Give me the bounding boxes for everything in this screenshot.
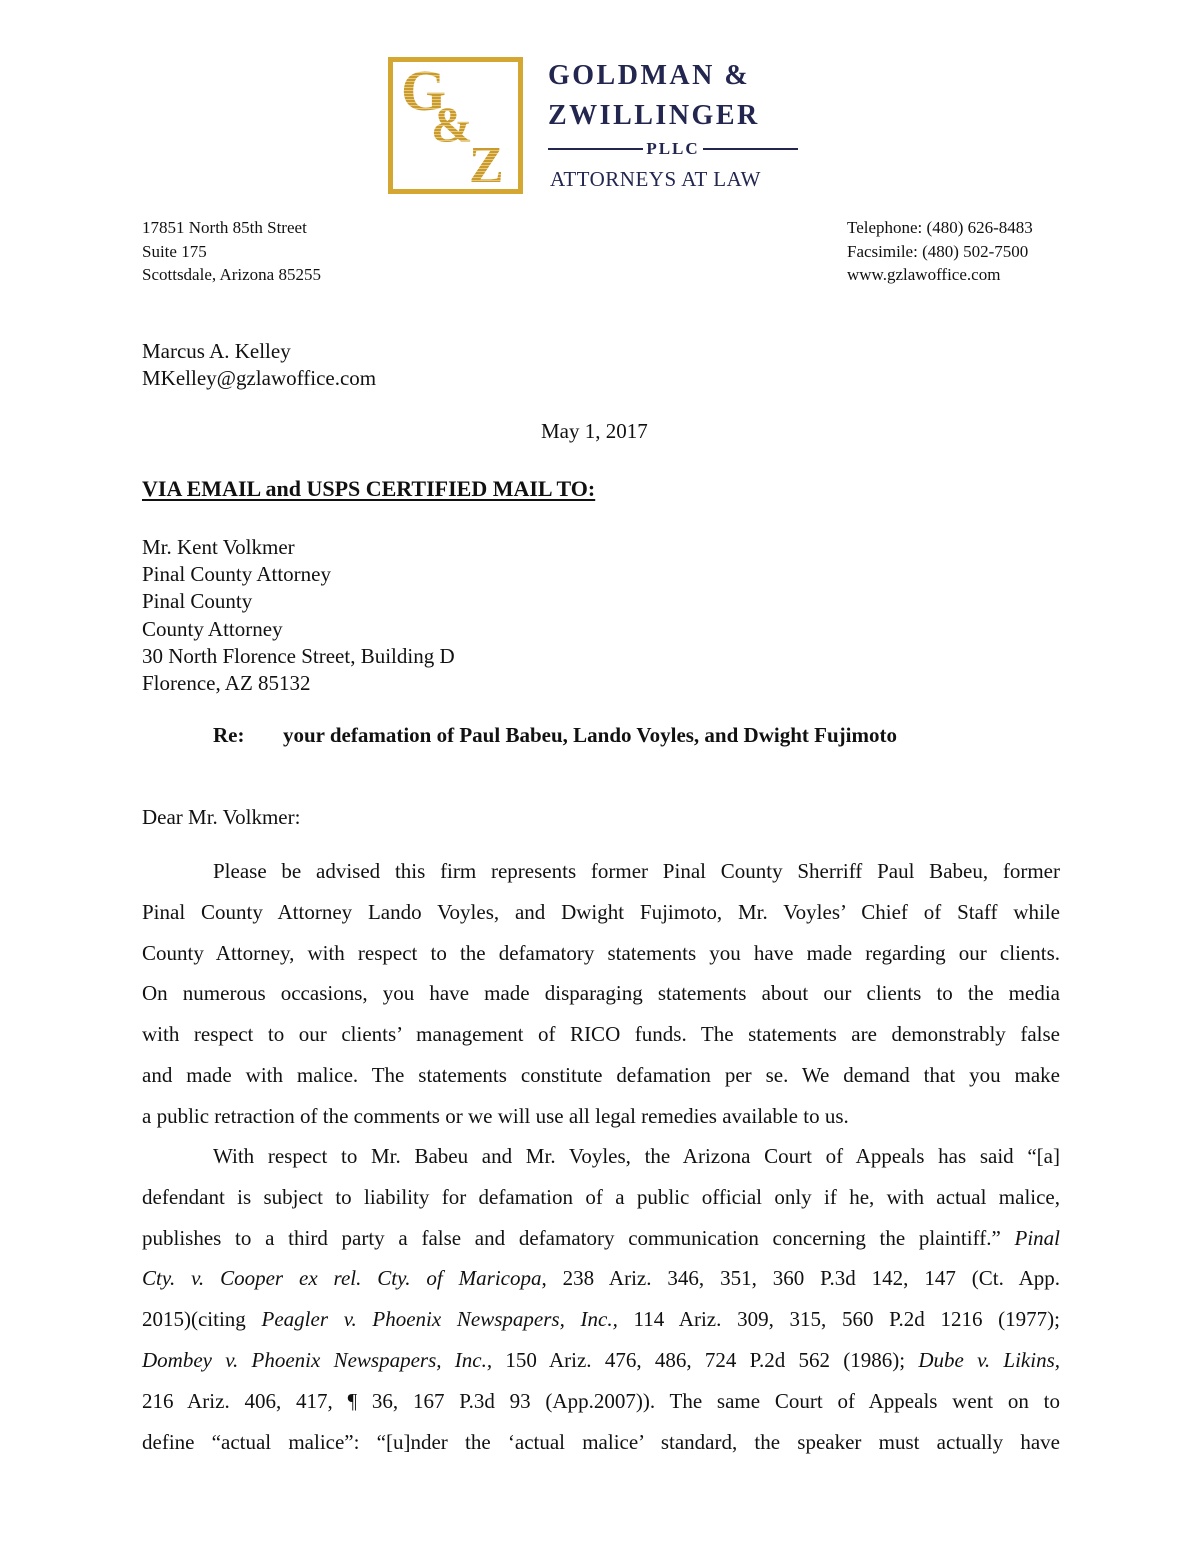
recipient-county: Pinal County xyxy=(142,588,455,615)
recipient-street: 30 North Florence Street, Building D xyxy=(142,643,455,670)
firm-street: 17851 North 85th Street xyxy=(142,216,321,240)
subject-label: Re: xyxy=(213,723,283,748)
letter-date: May 1, 2017 xyxy=(541,419,648,444)
paragraph-line: 216 Ariz. 406, 417, ¶ 36, 167 P.3d 93 (A… xyxy=(142,1381,1060,1422)
divider xyxy=(703,148,798,150)
divider xyxy=(548,148,643,150)
salutation: Dear Mr. Volkmer: xyxy=(142,805,300,830)
case-citation: Pinal xyxy=(1015,1226,1061,1250)
firm-tagline: ATTORNEYS AT LAW xyxy=(550,167,761,192)
paragraph-line: Cty. v. Cooper ex rel. Cty. of Maricopa,… xyxy=(142,1258,1060,1299)
subject-line: Re:your defamation of Paul Babeu, Lando … xyxy=(213,723,897,748)
paragraph-line: County Attorney, with respect to the def… xyxy=(142,933,1060,974)
recipient-title: Pinal County Attorney xyxy=(142,561,455,588)
firm-telephone: Telephone: (480) 626-8483 xyxy=(847,216,1033,240)
sender-name: Marcus A. Kelley xyxy=(142,338,376,365)
paragraph-line: and made with malice. The statements con… xyxy=(142,1055,1060,1096)
recipient-name: Mr. Kent Volkmer xyxy=(142,534,455,561)
paragraph-line: Pinal County Attorney Lando Voyles, and … xyxy=(142,892,1060,933)
case-citation: Cty. v. Cooper ex rel. Cty. of Maricopa xyxy=(142,1266,542,1290)
firm-entity-row: PLLC xyxy=(548,138,798,160)
firm-suite: Suite 175 xyxy=(142,240,321,264)
firm-website: www.gzlawoffice.com xyxy=(847,263,1033,287)
recipient-block: Mr. Kent Volkmer Pinal County Attorney P… xyxy=(142,534,455,697)
paragraph-line: With respect to Mr. Babeu and Mr. Voyles… xyxy=(142,1136,1060,1177)
subject-text: your defamation of Paul Babeu, Lando Voy… xyxy=(283,723,897,747)
firm-address: 17851 North 85th Street Suite 175 Scotts… xyxy=(142,216,321,287)
firm-name-line1: GOLDMAN & xyxy=(548,60,750,92)
sender-email: MKelley@gzlawoffice.com xyxy=(142,365,376,392)
firm-contact: Telephone: (480) 626-8483 Facsimile: (48… xyxy=(847,216,1033,287)
paragraph-line: On numerous occasions, you have made dis… xyxy=(142,973,1060,1014)
firm-entity-type: PLLC xyxy=(643,139,702,159)
paragraph-line: publishes to a third party a false and d… xyxy=(142,1218,1060,1259)
citation-text: 2015)(citing xyxy=(142,1307,262,1331)
paragraph-line: define “actual malice”: “[u]nder the ‘ac… xyxy=(142,1422,1060,1463)
paragraph-line: Dombey v. Phoenix Newspapers, Inc., 150 … xyxy=(142,1340,1060,1381)
logo-letter-z: Z xyxy=(469,140,504,192)
citation-reporter: , 238 Ariz. 346, 351, 360 P.3d 142, 147 … xyxy=(542,1266,1060,1290)
firm-name-line2: ZWILLINGER xyxy=(548,100,760,132)
recipient-city: Florence, AZ 85132 xyxy=(142,670,455,697)
body-paragraph-2: With respect to Mr. Babeu and Mr. Voyles… xyxy=(142,1136,1060,1462)
case-citation: Peagler v. Phoenix Newspapers, Inc., xyxy=(262,1307,618,1331)
firm-city: Scottsdale, Arizona 85255 xyxy=(142,263,321,287)
case-citation: Dombey v. Phoenix Newspapers, Inc., xyxy=(142,1348,492,1372)
paragraph-line: with respect to our clients’ management … xyxy=(142,1014,1060,1055)
logo-ampersand: & xyxy=(431,99,473,149)
firm-logo-monogram: G & Z xyxy=(388,57,523,194)
delivery-method-heading: VIA EMAIL and USPS CERTIFIED MAIL TO: xyxy=(142,476,595,502)
body-paragraph-1: Please be advised this firm represents f… xyxy=(142,851,1060,1137)
paragraph-line: 2015)(citing Peagler v. Phoenix Newspape… xyxy=(142,1299,1060,1340)
case-citation: Dube v. Likins, xyxy=(918,1348,1060,1372)
citation-reporter: 150 Ariz. 476, 486, 724 P.2d 562 (1986); xyxy=(492,1348,918,1372)
quote-text: publishes to a third party a false and d… xyxy=(142,1226,1001,1250)
citation-reporter: 114 Ariz. 309, 315, 560 P.2d 1216 (1977)… xyxy=(618,1307,1060,1331)
firm-facsimile: Facsimile: (480) 502-7500 xyxy=(847,240,1033,264)
sender-block: Marcus A. Kelley MKelley@gzlawoffice.com xyxy=(142,338,376,392)
recipient-office: County Attorney xyxy=(142,616,455,643)
paragraph-line: a public retraction of the comments or w… xyxy=(142,1096,1060,1137)
paragraph-line: Please be advised this firm represents f… xyxy=(142,851,1060,892)
paragraph-line: defendant is subject to liability for de… xyxy=(142,1177,1060,1218)
